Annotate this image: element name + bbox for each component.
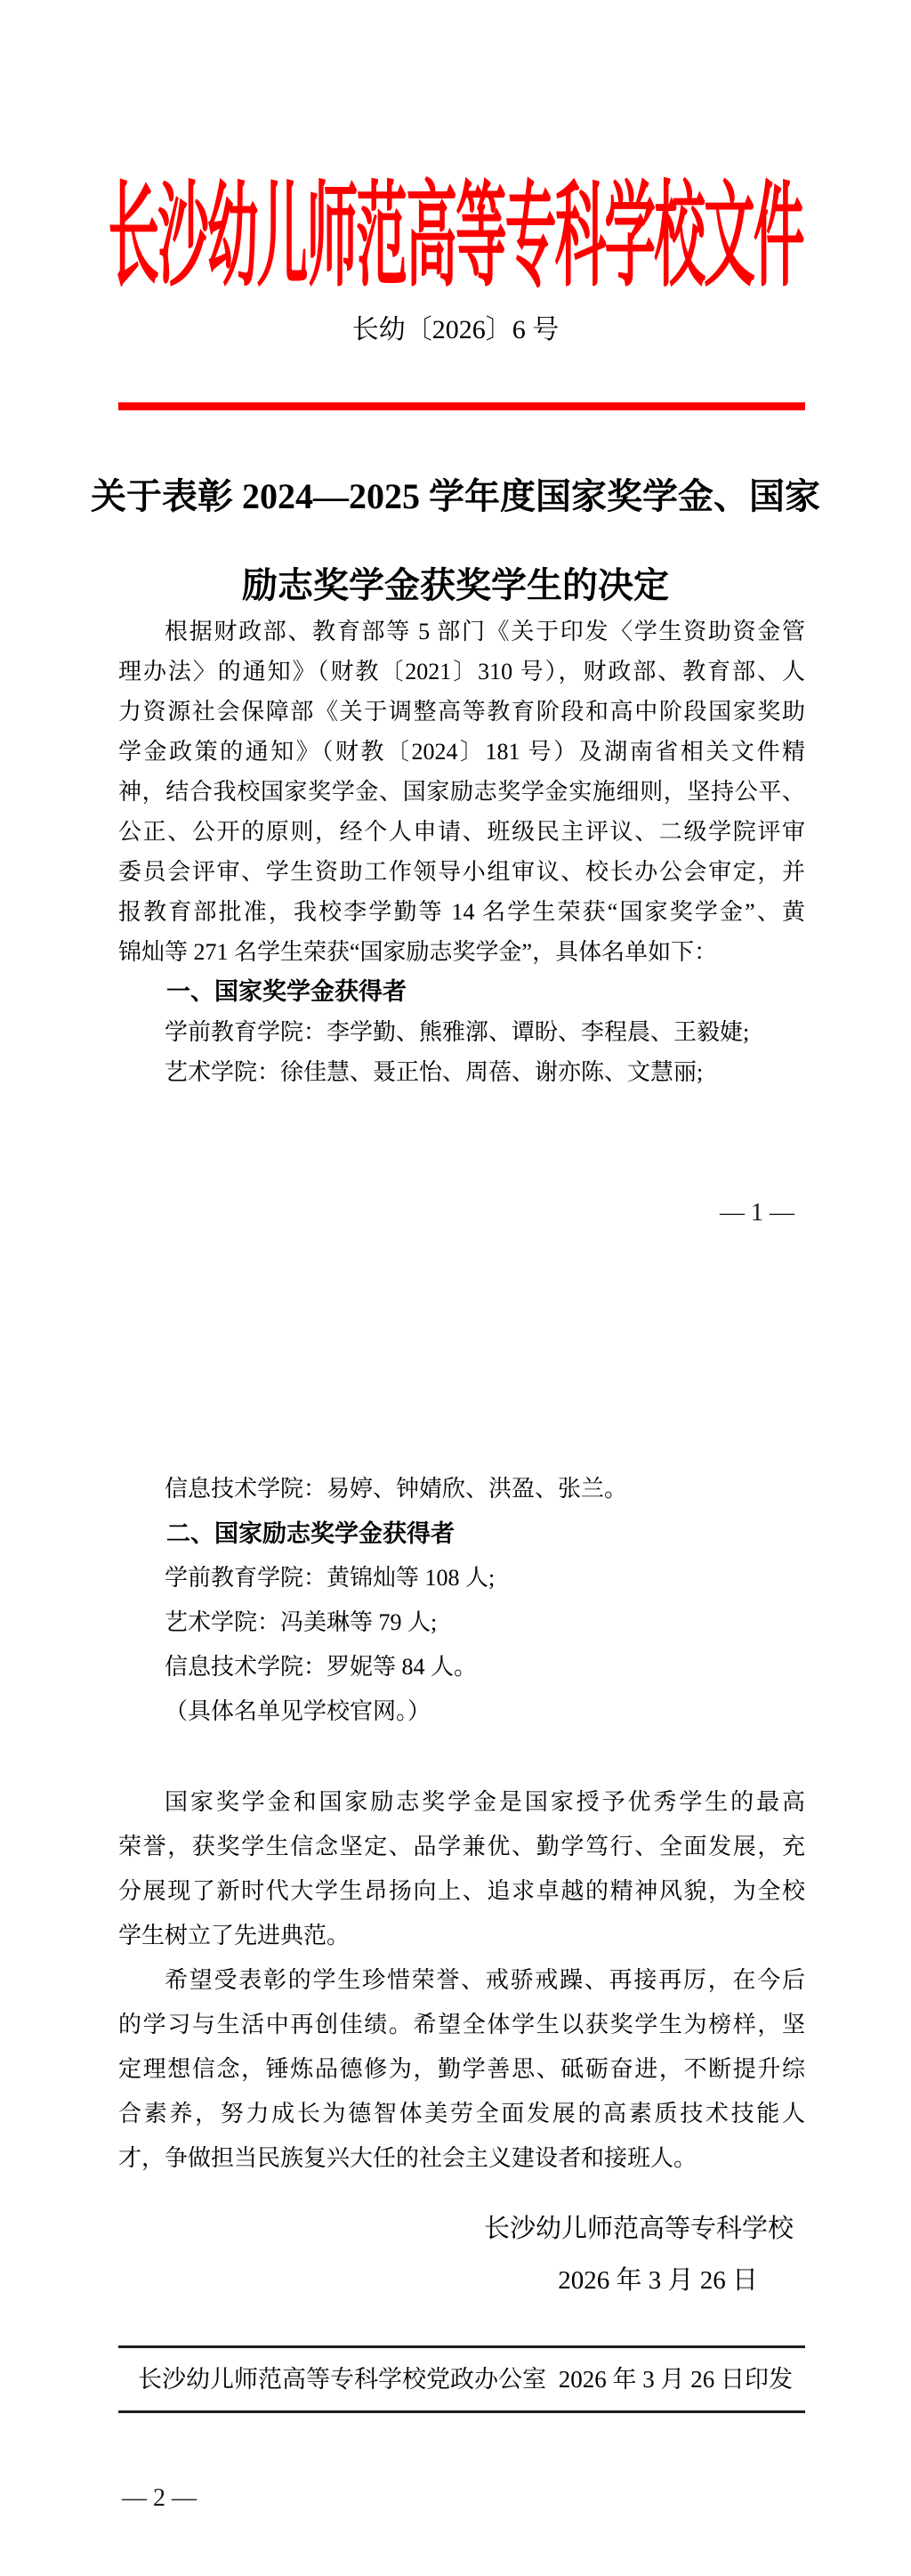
- letterhead-title: 长沙幼儿师范高等专科学校文件: [108, 182, 802, 296]
- red-separator-rule: [118, 402, 805, 410]
- body-line: 才，争做担当民族复兴大任的社会主义建设者和接班人。: [118, 2136, 805, 2181]
- signature-date: 2026 年 3 月 26 日: [0, 2261, 758, 2301]
- document-page: 长沙幼儿师范高等专科学校文件 长幼〔2026〕6 号 关于表彰 2024—202…: [0, 0, 911, 2576]
- body-line: 信息技术学院：罗妮等 84 人。: [118, 1645, 805, 1689]
- signature-org: 长沙幼儿师范高等专科学校: [0, 2209, 794, 2249]
- body-line: 学金政策的通知》（财教〔2024〕181 号）及湖南省相关文件精: [118, 732, 805, 772]
- body-line: 公正、公开的原则，经个人申请、班级民主评议、二级学院评审: [118, 812, 805, 852]
- page1-number: — 1 —: [118, 1200, 794, 1227]
- section-heading: 一、国家奖学金获得者: [118, 972, 805, 1012]
- body-line: 荣誉，获奖学生信念坚定、品学兼优、勤学笃行、全面发展，充: [118, 1825, 805, 1869]
- body-line: 锦灿等 271 名学生荣获“国家励志奖学金”，具体名单如下：: [118, 932, 805, 972]
- page2-number: — 2 —: [122, 2485, 197, 2512]
- body-line: 学前教育学院：黄锦灿等 108 人;: [118, 1556, 805, 1600]
- body-line: 报教育部批准，我校李学勤等 14 名学生荣获“国家奖学金”、黄: [118, 892, 805, 932]
- page1-body: 根据财政部、教育部等 5 部门《关于印发〈学生资助资金管理办法〉的通知》（财教〔…: [118, 612, 805, 1092]
- body-line: 艺术学院：冯美琳等 79 人;: [118, 1600, 805, 1645]
- body-line: 的学习与生活中再创佳绩。希望全体学生以获奖学生为榜样，坚: [118, 2003, 805, 2047]
- colophon-print-date: 2026 年 3 月 26 日印发: [559, 2363, 805, 2395]
- body-line: 神，结合我校国家奖学金、国家励志奖学金实施细则，坚持公平、: [118, 772, 805, 812]
- document-title-line1: 关于表彰 2024—2025 学年度国家奖学金、国家: [91, 452, 820, 541]
- body-line: 学前教育学院：李学勤、熊雅漷、谭盼、李程晨、王毅婕;: [118, 1012, 805, 1052]
- body-line: 合素养，努力成长为德智体美劳全面发展的高素质技术技能人: [118, 2092, 805, 2136]
- body-line: 定理想信念，锤炼品德修为，勤学善思、砥砺奋进，不断提升综: [118, 2047, 805, 2092]
- body-line: 委员会评审、学生资助工作领导小组审议、校长办公会审定，并: [118, 852, 805, 892]
- doc-number: 长幼〔2026〕6 号: [0, 313, 911, 347]
- colophon-bottom-rule: [118, 2410, 805, 2413]
- body-line: 艺术学院：徐佳慧、聂正怡、周蓓、谢亦陈、文慧丽;: [118, 1052, 805, 1092]
- body-line: 理办法〉的通知》（财教〔2021〕310 号），财政部、教育部、人: [118, 652, 805, 692]
- page2-body: 信息技术学院：易婷、钟婧欣、洪盈、张兰。二、国家励志奖学金获得者学前教育学院：黄…: [118, 1467, 805, 2181]
- section-heading: 二、国家励志奖学金获得者: [118, 1511, 805, 1556]
- document-title: 关于表彰 2024—2025 学年度国家奖学金、国家 励志奖学金获奖学生的决定: [91, 452, 820, 630]
- body-line: 希望受表彰的学生珍惜荣誉、戒骄戒躁、再接再厉，在今后: [118, 1958, 805, 2003]
- letterhead: 长沙幼儿师范高等专科学校文件: [0, 182, 911, 311]
- body-line: 分展现了新时代大学生昂扬向上、追求卓越的精神风貌，为全校: [118, 1869, 805, 1914]
- body-line: 学生树立了先进典范。: [118, 1914, 805, 1958]
- colophon-issuer: 长沙幼儿师范高等专科学校党政办公室: [118, 2363, 546, 2395]
- colophon-top-rule: [118, 2345, 805, 2348]
- body-line: 国家奖学金和国家励志奖学金是国家授予优秀学生的最高: [118, 1780, 805, 1825]
- body-line: （具体名单见学校官网。）: [118, 1689, 805, 1734]
- body-line: 力资源社会保障部《关于调整高等教育阶段和高中阶段国家奖助: [118, 692, 805, 732]
- body-line: 信息技术学院：易婷、钟婧欣、洪盈、张兰。: [118, 1467, 805, 1511]
- body-line: 根据财政部、教育部等 5 部门《关于印发〈学生资助资金管: [118, 612, 805, 652]
- colophon-row: 长沙幼儿师范高等专科学校党政办公室 2026 年 3 月 26 日印发: [118, 2363, 805, 2395]
